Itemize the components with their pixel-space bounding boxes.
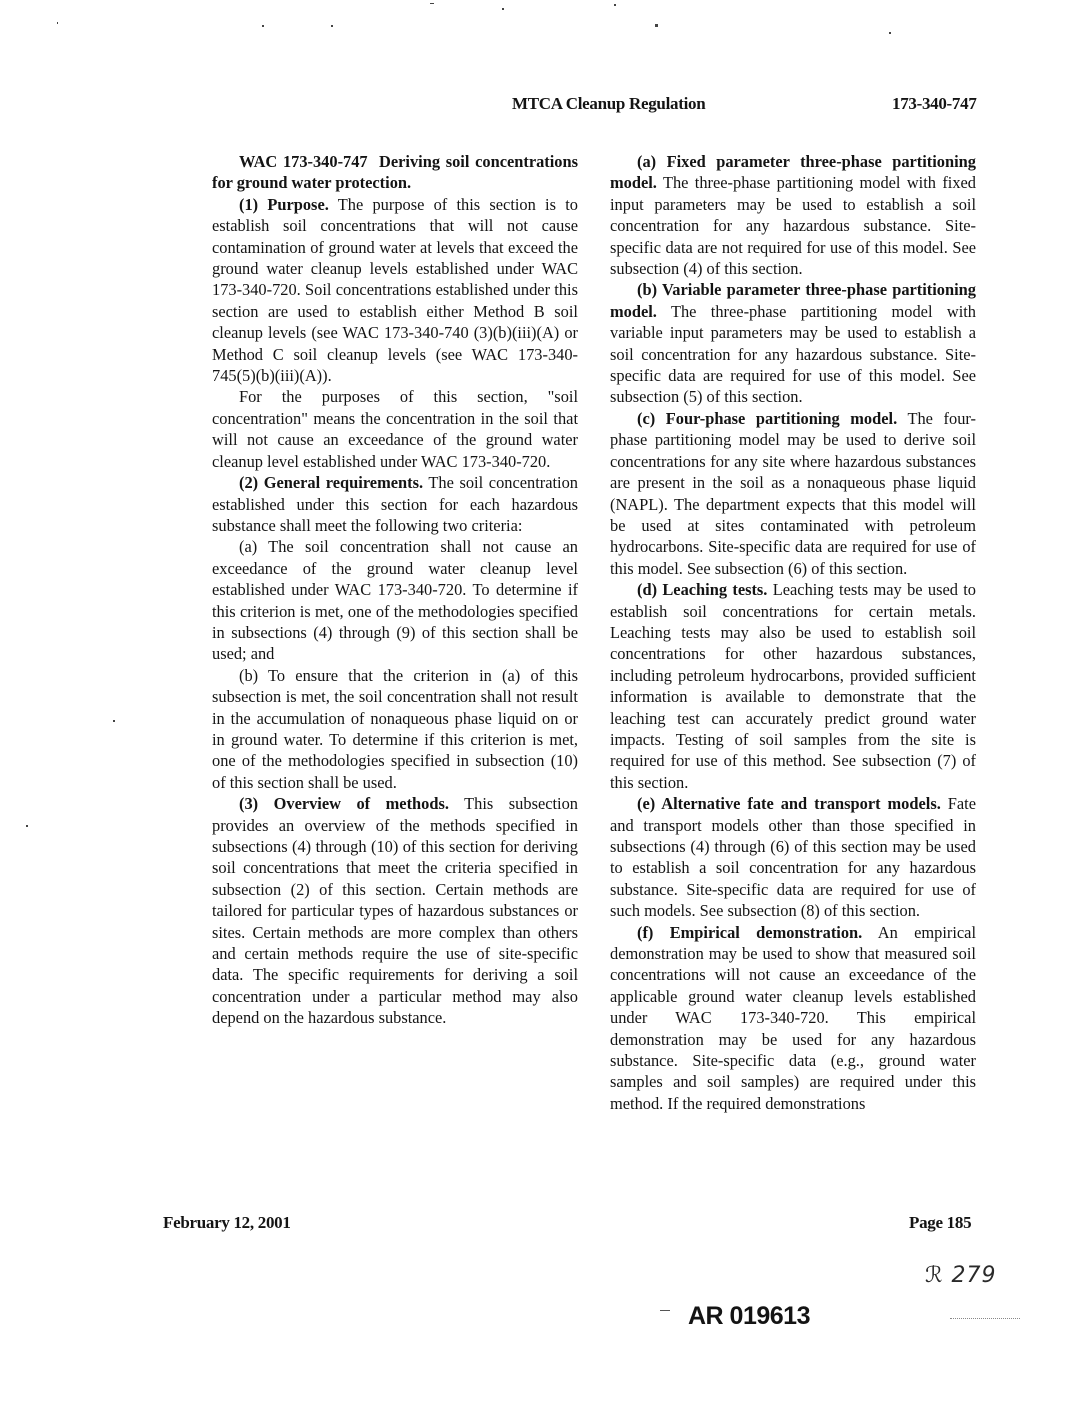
- paragraph-purpose-label: (1) Purpose.: [239, 195, 329, 214]
- handwritten-annotation: ℛ 279: [925, 1263, 997, 1288]
- section-heading: WAC 173-340-747 Deriving soil concentrat…: [212, 151, 578, 194]
- paragraph-method-b-text: The three-phase partitioning model with …: [610, 302, 976, 407]
- running-header-title: MTCA Cleanup Regulation: [512, 94, 705, 114]
- scan-speck: [889, 32, 891, 34]
- paragraph-method-a: (a) Fixed parameter three-phase partitio…: [610, 151, 976, 279]
- paragraph-method-e: (e) Alternative fate and transport model…: [610, 793, 976, 921]
- paragraph-method-f-label: (f) Empirical demonstration.: [637, 923, 862, 942]
- paragraph-general-requirements: (2) General requirements. The soil conce…: [212, 472, 578, 536]
- paragraph-criterion-a: (a) The soil concentration shall not cau…: [212, 536, 578, 664]
- paragraph-general-requirements-label: (2) General requirements.: [239, 473, 423, 492]
- scan-speck: [113, 720, 115, 722]
- scan-speck: [26, 825, 28, 827]
- paragraph-method-d-label: (d) Leaching tests.: [637, 580, 767, 599]
- section-heading-code: WAC 173-340-747: [239, 152, 368, 171]
- paragraph-method-f-text: An empirical demonstration may be used t…: [610, 923, 976, 1113]
- paragraph-method-a-text: The three-phase partitioning model with …: [610, 173, 976, 278]
- paragraph-method-d-text: Leaching tests may be used to establish …: [610, 580, 976, 792]
- scan-artifact-dash: [660, 1310, 670, 1311]
- paragraph-purpose-text: The purpose of this section is to establ…: [212, 195, 578, 385]
- footer-date: February 12, 2001: [163, 1213, 291, 1233]
- scan-speck: [331, 25, 333, 27]
- scan-speck: [262, 25, 264, 27]
- paragraph-method-c-label: (c) Four-phase partitioning model.: [637, 409, 897, 428]
- scan-speck: [502, 8, 504, 10]
- scan-artifact-dots: [950, 1318, 1020, 1320]
- paragraph-criterion-b: (b) To ensure that the criterion in (a) …: [212, 665, 578, 793]
- paragraph-method-c: (c) Four-phase partitioning model. The f…: [610, 408, 976, 579]
- scan-speck: [430, 3, 434, 4]
- archive-record-stamp: AR 019613: [688, 1302, 810, 1331]
- left-column: WAC 173-340-747 Deriving soil concentrat…: [212, 151, 578, 1029]
- paragraph-overview-methods-text: This subsection provides an overview of …: [212, 794, 578, 1027]
- paragraph-definition: For the purposes of this section, "soil …: [212, 386, 578, 472]
- right-column: (a) Fixed parameter three-phase partitio…: [610, 151, 976, 1114]
- paragraph-overview-methods-label: (3) Overview of methods.: [239, 794, 449, 813]
- scan-speck: [655, 24, 658, 27]
- scan-speck: [614, 4, 616, 6]
- paragraph-method-e-label: (e) Alternative fate and transport model…: [637, 794, 941, 813]
- paragraph-purpose: (1) Purpose. The purpose of this section…: [212, 194, 578, 387]
- paragraph-method-d: (d) Leaching tests. Leaching tests may b…: [610, 579, 976, 793]
- scan-speck: [57, 22, 58, 24]
- paragraph-method-b: (b) Variable parameter three-phase parti…: [610, 279, 976, 407]
- paragraph-method-c-text: The four-phase partitioning model may be…: [610, 409, 976, 578]
- running-header-section-code: 173-340-747: [892, 94, 977, 114]
- paragraph-method-f: (f) Empirical demonstration. An empirica…: [610, 922, 976, 1115]
- paragraph-overview-methods: (3) Overview of methods. This subsection…: [212, 793, 578, 1028]
- footer-page-number: Page 185: [909, 1213, 971, 1233]
